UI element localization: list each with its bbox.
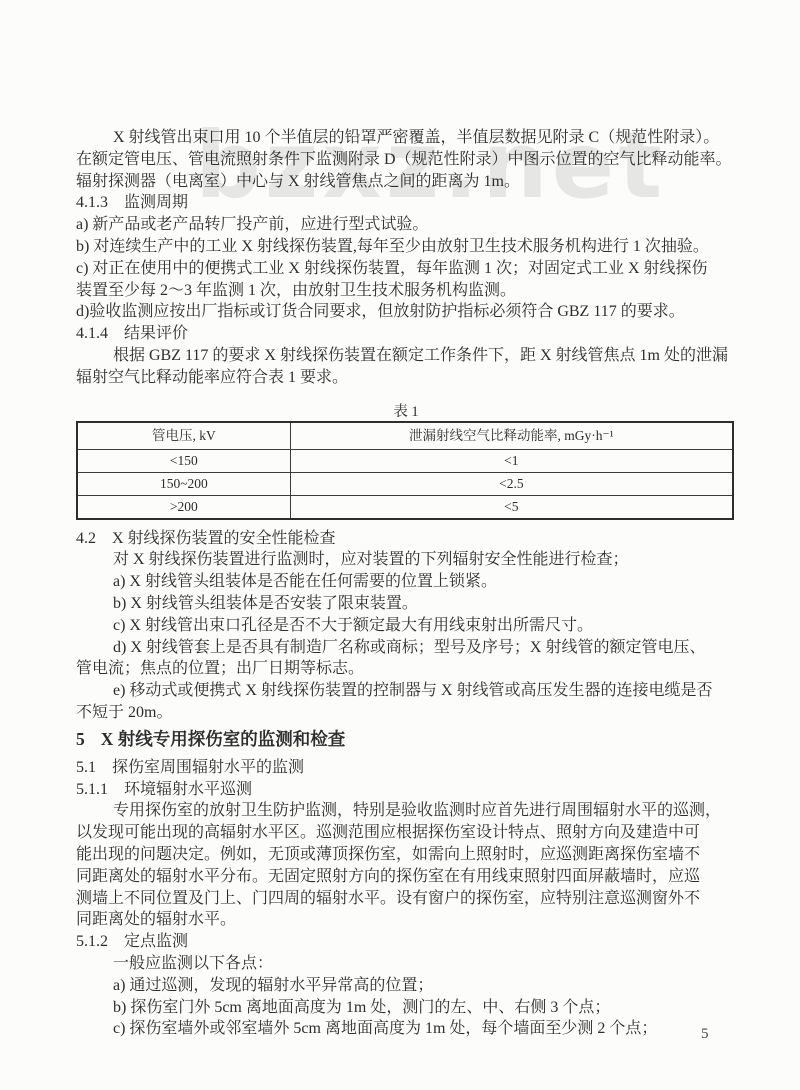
- list-item: c) X 射线管出束口孔径是否不大于额定最大有用线束射出所需尺寸。: [76, 615, 736, 637]
- table-cell: <150: [77, 449, 290, 472]
- table-caption: 表 1: [76, 403, 736, 421]
- paragraph-line: 以发现可能出现的高辐射水平区。巡测范围应根据探伤室设计特点、照射方向及建造中可: [76, 822, 736, 844]
- section-title: X 射线专用探伤室的监测和检查: [101, 729, 346, 749]
- list-item-continuation: 管电流；焦点的位置；出厂日期等标志。: [76, 658, 736, 680]
- list-item: c) 探伤室墙外或邻室墙外 5cm 离地面高度为 1m 处，每个墙面至少测 2 …: [76, 1018, 736, 1040]
- list-item-continuation: 装置至少每 2～3 年监测 1 次，由放射卫生技术服务机构监测。: [76, 280, 736, 302]
- table-1-wrap: 管电压, kV 泄漏射线空气比释动能率, mGy·h⁻¹ <150 <1 150…: [76, 421, 736, 520]
- list-item: a) 新产品或老产品转厂投产前，应进行型式试验。: [76, 214, 736, 236]
- section-number: 4.1.4: [76, 325, 108, 342]
- table-row: >200 <5: [77, 495, 733, 519]
- list-item: d) X 射线管套上是否具有制造厂名称或商标；型号及序号；X 射线管的额定管电压…: [76, 637, 736, 659]
- paragraph-line: 对 X 射线探伤装置进行监测时，应对装置的下列辐射安全性能进行检查；: [76, 549, 736, 571]
- list-item: a) X 射线管头组装体是否能在任何需要的位置上锁紧。: [76, 571, 736, 593]
- paragraph-line: 同距离处的辐射水平分布。无固定照射方向的探伤室在有用线束照射四面屏蔽墙时，应巡: [76, 866, 736, 888]
- section-heading-5-1: 5.1探伤室周围辐射水平的监测: [76, 757, 736, 779]
- section-number: 4.2: [76, 530, 96, 547]
- table-row: <150 <1: [77, 449, 733, 472]
- section-title: 探伤室周围辐射水平的监测: [112, 759, 304, 776]
- paragraph-line: 辐射空气比释动能率应符合表 1 要求。: [76, 367, 736, 389]
- table-cell: 150~200: [77, 472, 290, 495]
- list-item: b) 探伤室门外 5cm 离地面高度为 1m 处，测门的左、中、右侧 3 个点；: [76, 997, 736, 1019]
- table-header-row: 管电压, kV 泄漏射线空气比释动能率, mGy·h⁻¹: [77, 422, 733, 450]
- list-item: e) 移动式或便携式 X 射线探伤装置的控制器与 X 射线管或高压发生器的连接电…: [76, 680, 736, 702]
- table-header-cell: 泄漏射线空气比释动能率, mGy·h⁻¹: [290, 422, 733, 450]
- section-number: 5.1.2: [76, 933, 108, 950]
- table-cell: <5: [290, 495, 733, 519]
- list-item: a) 通过巡测，发现的辐射水平异常高的位置；: [76, 975, 736, 997]
- section-heading-4-2: 4.2X 射线探伤装置的安全性能检查: [76, 528, 736, 550]
- section-title: 结果评价: [124, 325, 188, 342]
- page-content: X 射线管出束口用 10 个半值层的铅罩严密覆盖，半值层数据见附录 C（规范性附…: [76, 127, 736, 1040]
- list-item: d)验收监测应按出厂指标或订货合同要求，但放射防护指标必须符合 GBZ 117 …: [76, 301, 736, 323]
- section-number: 5.1: [76, 759, 96, 776]
- list-item-continuation: 不短于 20m。: [76, 702, 736, 724]
- section-heading-5-1-1: 5.1.1环境辐射水平巡测: [76, 779, 736, 801]
- paragraph-line: X 射线管出束口用 10 个半值层的铅罩严密覆盖，半值层数据见附录 C（规范性附…: [76, 127, 736, 149]
- paragraph-line: 能出现的问题决定。例如，无顶或薄顶探伤室，如需向上照射时，应巡测距离探伤室墙不: [76, 844, 736, 866]
- section-title: 定点监测: [124, 933, 188, 950]
- section-heading-4-1-3: 4.1.3监测周期: [76, 192, 736, 214]
- table-cell: <2.5: [290, 472, 733, 495]
- list-item: b) 对连续生产中的工业 X 射线探伤装置,每年至少由放射卫生技术服务机构进行 …: [76, 236, 736, 258]
- section-heading-4-1-4: 4.1.4结果评价: [76, 323, 736, 345]
- table-cell: >200: [77, 495, 290, 519]
- paragraph-line: 在额定管电压、管电流照射条件下监测附录 D（规范性附录）中图示位置的空气比释动能…: [76, 149, 736, 171]
- list-item: c) 对正在使用中的便携式工业 X 射线探伤装置，每年监测 1 次；对固定式工业…: [76, 258, 736, 280]
- document-page: bzxz.net X 射线管出束口用 10 个半值层的铅罩严密覆盖，半值层数据见…: [0, 0, 800, 1090]
- section-title: 环境辐射水平巡测: [124, 781, 252, 798]
- paragraph-line: 同距离处的辐射水平。: [76, 909, 736, 931]
- page-number: 5: [701, 1026, 709, 1043]
- table-cell: <1: [290, 449, 733, 472]
- list-item: b) X 射线管头组装体是否安装了限束装置。: [76, 593, 736, 615]
- section-title: 监测周期: [124, 194, 188, 211]
- section-title: X 射线探伤装置的安全性能检查: [112, 530, 336, 547]
- paragraph-line: 一般应监测以下各点：: [76, 953, 736, 975]
- paragraph-line: 辐射探测器（电离室）中心与 X 射线管焦点之间的距离为 1m。: [76, 171, 736, 193]
- table-1: 管电压, kV 泄漏射线空气比释动能率, mGy·h⁻¹ <150 <1 150…: [76, 421, 734, 520]
- chapter-heading-5: 5X 射线专用探伤室的监测和检查: [76, 726, 736, 753]
- section-number: 4.1.3: [76, 194, 108, 211]
- section-heading-5-1-2: 5.1.2定点监测: [76, 931, 736, 953]
- paragraph-line: 根据 GBZ 117 的要求 X 射线探伤装置在额定工作条件下，距 X 射线管焦…: [76, 345, 736, 367]
- section-number: 5.1.1: [76, 781, 108, 798]
- table-header-cell: 管电压, kV: [77, 422, 290, 450]
- table-row: 150~200 <2.5: [77, 472, 733, 495]
- paragraph-line: 专用探伤室的放射卫生防护监测，特别是验收监测时应首先进行周围辐射水平的巡测，: [76, 800, 736, 822]
- paragraph-line: 测墙上不同位置及门上、门四周的辐射水平。设有窗户的探伤室，应特别注意巡测窗外不: [76, 888, 736, 910]
- section-number: 5: [76, 729, 85, 749]
